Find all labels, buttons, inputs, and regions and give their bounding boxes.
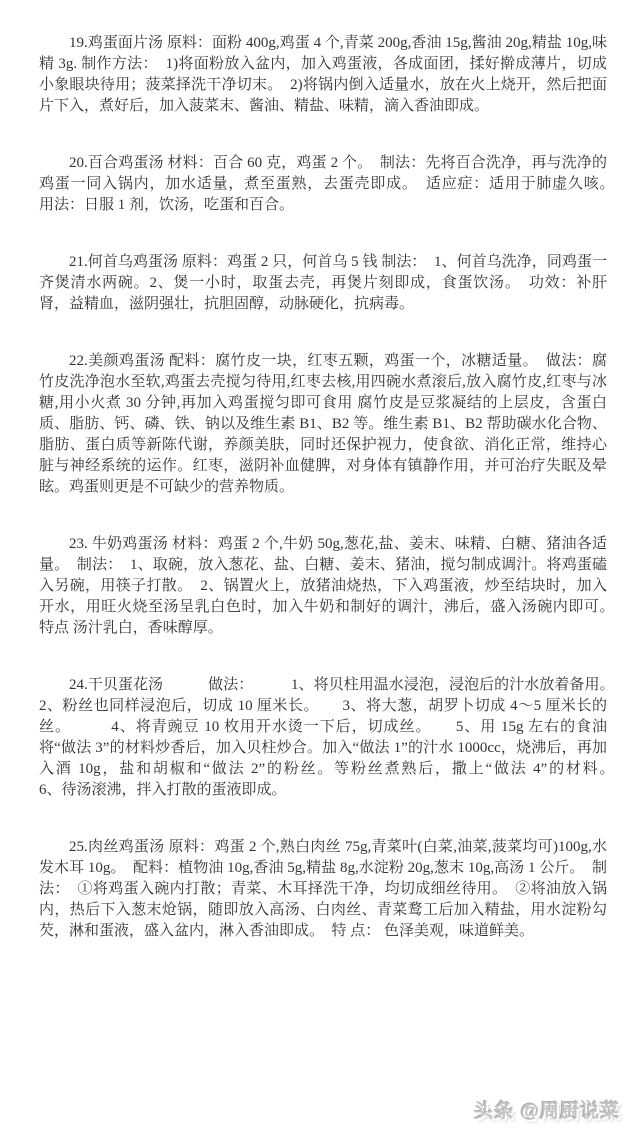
- document-page: 19.鸡蛋面片汤 原料：面粉 400g,鸡蛋 4 个,青菜 200g,香油 15…: [0, 0, 640, 1136]
- recipe-paragraph-23-milk-egg-soup: 23. 牛奶鸡蛋汤 材料：鸡蛋 2 个,牛奶 50g,葱花,盐、姜末、味精、白糖…: [39, 534, 607, 639]
- recipe-paragraph-21-heshouwu-egg-soup: 21.何首乌鸡蛋汤 原料：鸡蛋 2 只，何首乌 5 钱 制法： 1、何首乌洗净，…: [39, 252, 607, 315]
- recipe-paragraph-19-egg-noodle-slice-soup: 19.鸡蛋面片汤 原料：面粉 400g,鸡蛋 4 个,青菜 200g,香油 15…: [39, 33, 607, 117]
- toutiao-author-watermark: 头条 @周厨说菜: [474, 1096, 620, 1123]
- recipe-document: 19.鸡蛋面片汤 原料：面粉 400g,鸡蛋 4 个,青菜 200g,香油 15…: [0, 0, 640, 942]
- recipe-paragraph-22-beauty-egg-soup: 22.美颜鸡蛋汤 配料：腐竹皮一块，红枣五颗，鸡蛋一个，冰糖适量。 做法：腐竹皮…: [39, 351, 607, 498]
- recipe-paragraph-25-shredded-pork-egg-soup: 25.肉丝鸡蛋汤 原料：鸡蛋 2 个,熟白肉丝 75g,青菜叶(白菜,油菜,菠菜…: [39, 837, 607, 942]
- recipe-paragraph-24-scallop-egg-drop-soup: 24.干贝蛋花汤 做法： 1、将贝柱用温水浸泡，浸泡后的汁水放着备用。 2、粉丝…: [39, 675, 607, 801]
- recipe-paragraph-20-lily-egg-soup: 20.百合鸡蛋汤 材料：百合 60 克，鸡蛋 2 个。 制法：先将百合洗净，再与…: [39, 153, 607, 216]
